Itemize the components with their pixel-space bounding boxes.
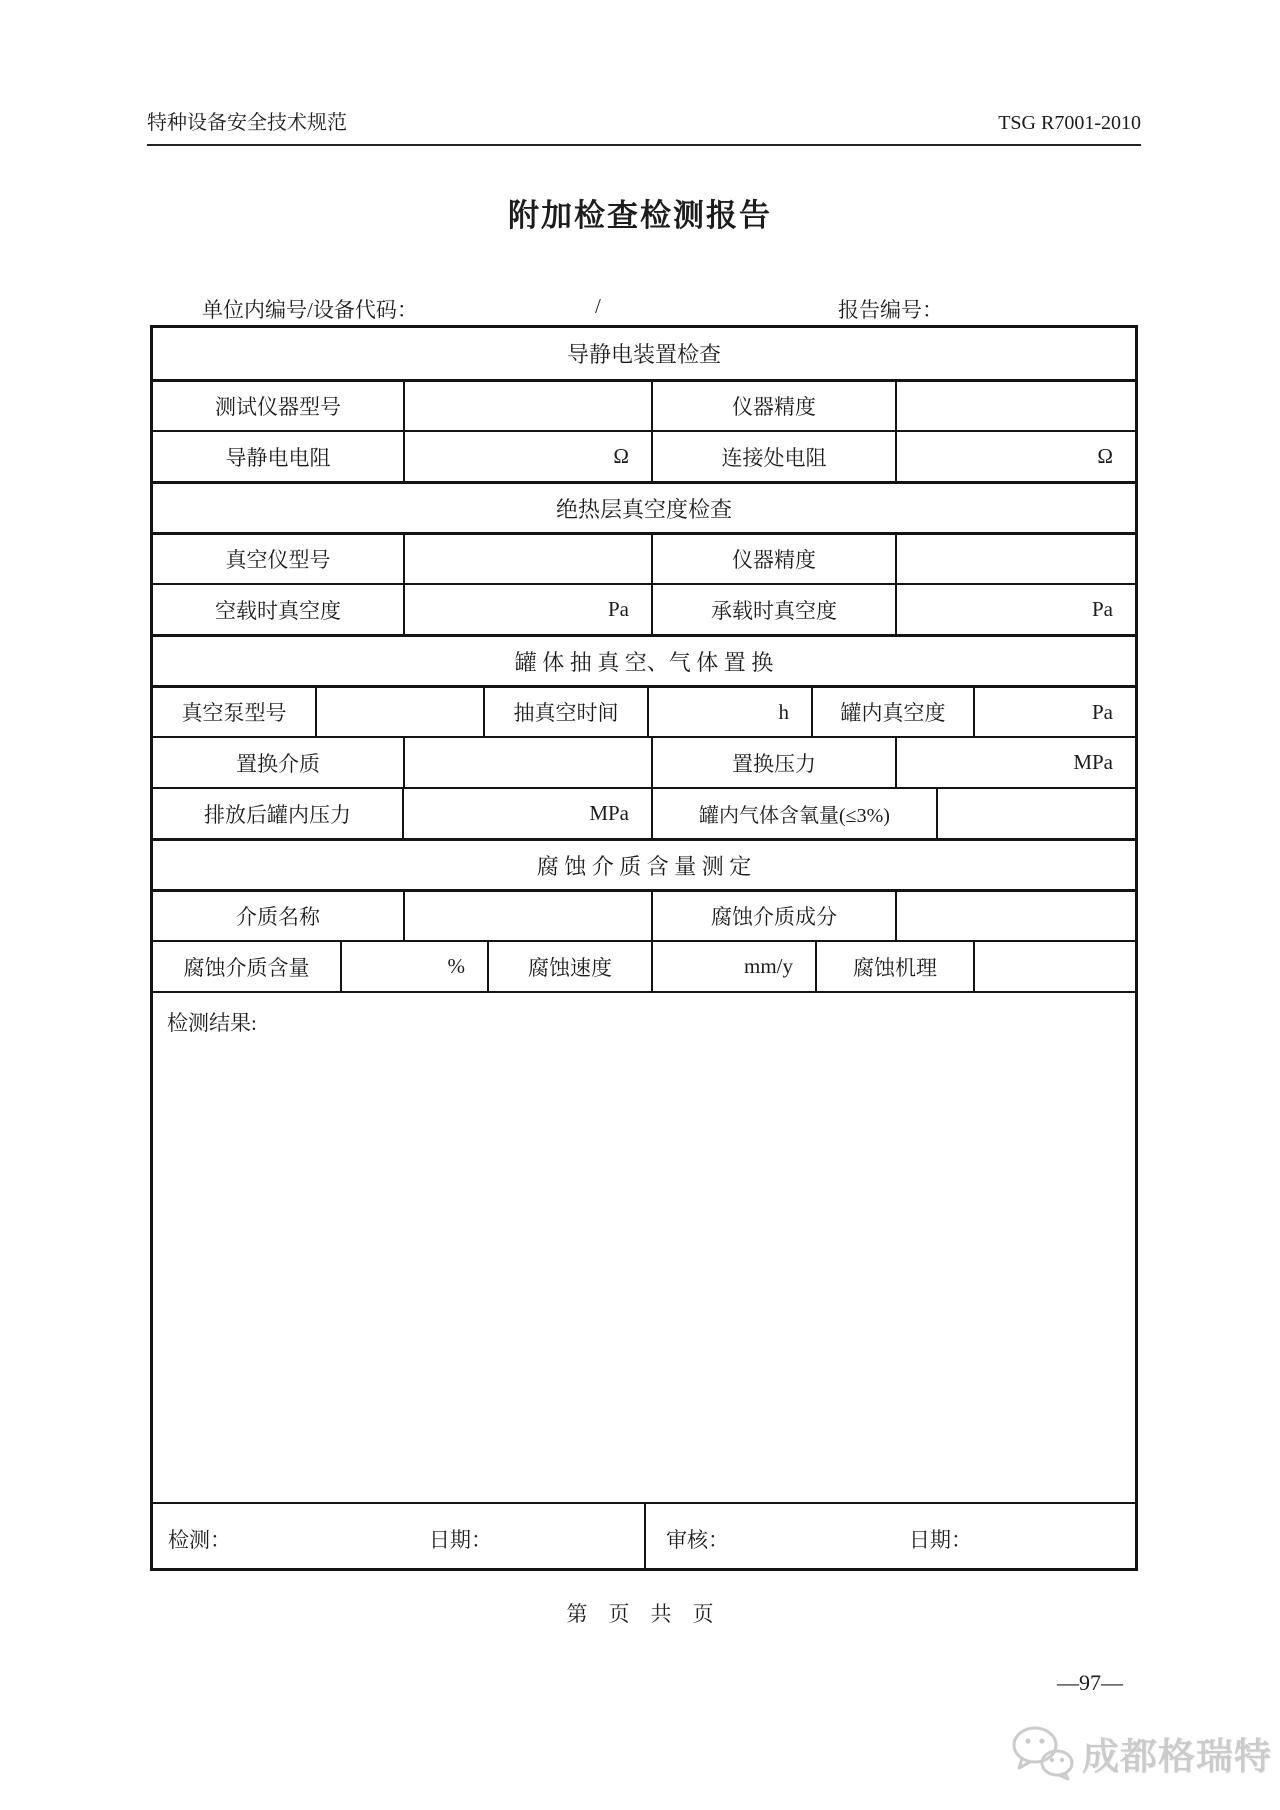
section-static-electricity-check: 导静电装置检查 — [153, 328, 1135, 379]
cell-label: 腐蚀介质成分 — [651, 892, 895, 940]
info-line: 单位内编号/设备代码： / 报告编号： — [150, 294, 1138, 322]
cell-label: 真空仪型号 — [153, 535, 403, 583]
cell-label: 腐蚀机理 — [815, 942, 973, 991]
cell-value — [895, 535, 1135, 583]
cell-value — [936, 789, 1135, 838]
cell-value — [403, 892, 651, 940]
cell-label: 仪器精度 — [651, 535, 895, 583]
header-right-text: TSG R7001-2010 — [998, 112, 1141, 135]
review-date-label: 日期： — [909, 1524, 972, 1554]
reviewer-signature-cell: 审核： 日期： — [644, 1504, 1135, 1568]
cell-label: 连接处电阻 — [651, 432, 895, 481]
cell-unit: Pa — [973, 688, 1135, 736]
cell-label: 置换压力 — [651, 738, 895, 787]
document-page: { "header": { "left": "特种设备安全技术规范", "rig… — [0, 0, 1280, 1810]
cell-label: 介质名称 — [153, 892, 403, 940]
running-header: 特种设备安全技术规范 TSG R7001-2010 — [147, 106, 1141, 146]
cell-label: 置换介质 — [153, 738, 403, 787]
cell-label: 排放后罐内压力 — [153, 789, 402, 838]
review-label: 审核： — [666, 1524, 729, 1554]
cell-label: 真空泵型号 — [153, 688, 315, 736]
inspect-label: 检测： — [168, 1524, 231, 1554]
cell-label: 仪器精度 — [651, 382, 895, 430]
watermark-text: 成都格瑞特 — [1082, 1726, 1272, 1780]
row-replacement-medium: 置换介质 置换压力 MPa — [153, 736, 1135, 787]
section-tank-evacuation-gas-replacement: 罐 体 抽 真 空、气 体 置 换 — [153, 634, 1135, 685]
page-title: 附加检查检测报告 — [0, 190, 1280, 235]
row-static-resistance: 导静电电阻 Ω 连接处电阻 Ω — [153, 430, 1135, 481]
cell-value — [895, 382, 1135, 430]
cell-unit: MPa — [402, 789, 651, 838]
cell-label: 空载时真空度 — [153, 585, 403, 634]
row-signatures: 检测： 日期： 审核： 日期： — [153, 1502, 1135, 1568]
cell-value — [403, 382, 651, 430]
section-title: 罐 体 抽 真 空、气 体 置 换 — [515, 646, 774, 677]
page-of-pages-line: 第 页 共 页 — [0, 1598, 1280, 1628]
section-corrosive-medium-measurement: 腐 蚀 介 质 含 量 测 定 — [153, 838, 1135, 889]
cell-label: 罐内气体含氧量(≤3%) — [651, 789, 936, 838]
cell-unit: mm/y — [651, 942, 815, 991]
cell-label: 腐蚀介质含量 — [153, 942, 340, 991]
section-title: 绝热层真空度检查 — [556, 493, 732, 524]
cell-unit: Pa — [895, 585, 1135, 634]
cell-value — [895, 892, 1135, 940]
cell-value — [403, 535, 651, 583]
cell-unit: MPa — [895, 738, 1135, 787]
inspect-date-label: 日期： — [429, 1524, 492, 1554]
section-title: 导静电装置检查 — [567, 338, 721, 369]
unit-code-label: 单位内编号/设备代码： — [202, 294, 418, 324]
cell-unit: % — [340, 942, 487, 991]
cell-label: 承载时真空度 — [651, 585, 895, 634]
test-result-cell: 检测结果: — [153, 993, 1135, 1037]
section-insulation-vacuum-check: 绝热层真空度检查 — [153, 481, 1135, 532]
unit-code-value: / — [595, 294, 601, 319]
header-left-text: 特种设备安全技术规范 — [147, 106, 347, 135]
row-test-instrument: 测试仪器型号 仪器精度 — [153, 379, 1135, 430]
cell-value — [403, 738, 651, 787]
row-test-result: 检测结果: — [153, 991, 1135, 1502]
wechat-logo-icon — [1010, 1724, 1076, 1782]
cell-unit: Ω — [403, 432, 651, 481]
section-title: 腐 蚀 介 质 含 量 测 定 — [537, 850, 752, 881]
cell-unit: h — [647, 688, 811, 736]
row-tank-pressure-after-discharge: 排放后罐内压力 MPa 罐内气体含氧量(≤3%) — [153, 787, 1135, 838]
cell-value — [315, 688, 483, 736]
row-vacuum-pump: 真空泵型号 抽真空时间 h 罐内真空度 Pa — [153, 685, 1135, 736]
row-vacuum-gauge: 真空仪型号 仪器精度 — [153, 532, 1135, 583]
cell-unit: Pa — [403, 585, 651, 634]
inspector-signature-cell: 检测： 日期： — [153, 1504, 644, 1568]
cell-unit: Ω — [895, 432, 1135, 481]
page-number: —97— — [1040, 1670, 1140, 1696]
cell-label: 罐内真空度 — [811, 688, 973, 736]
row-corrosive-content: 腐蚀介质含量 % 腐蚀速度 mm/y 腐蚀机理 — [153, 940, 1135, 991]
cell-label: 测试仪器型号 — [153, 382, 403, 430]
report-no-label: 报告编号： — [838, 294, 943, 324]
cell-label: 腐蚀速度 — [487, 942, 651, 991]
cell-label: 抽真空时间 — [483, 688, 647, 736]
watermark: 成都格瑞特 — [1010, 1724, 1272, 1782]
report-table: 导静电装置检查 测试仪器型号 仪器精度 导静电电阻 Ω 连接处电阻 Ω 绝热层真… — [150, 325, 1138, 1571]
cell-label: 导静电电阻 — [153, 432, 403, 481]
row-medium-name: 介质名称 腐蚀介质成分 — [153, 889, 1135, 940]
row-vacuum-degree: 空载时真空度 Pa 承载时真空度 Pa — [153, 583, 1135, 634]
cell-value — [973, 942, 1135, 991]
